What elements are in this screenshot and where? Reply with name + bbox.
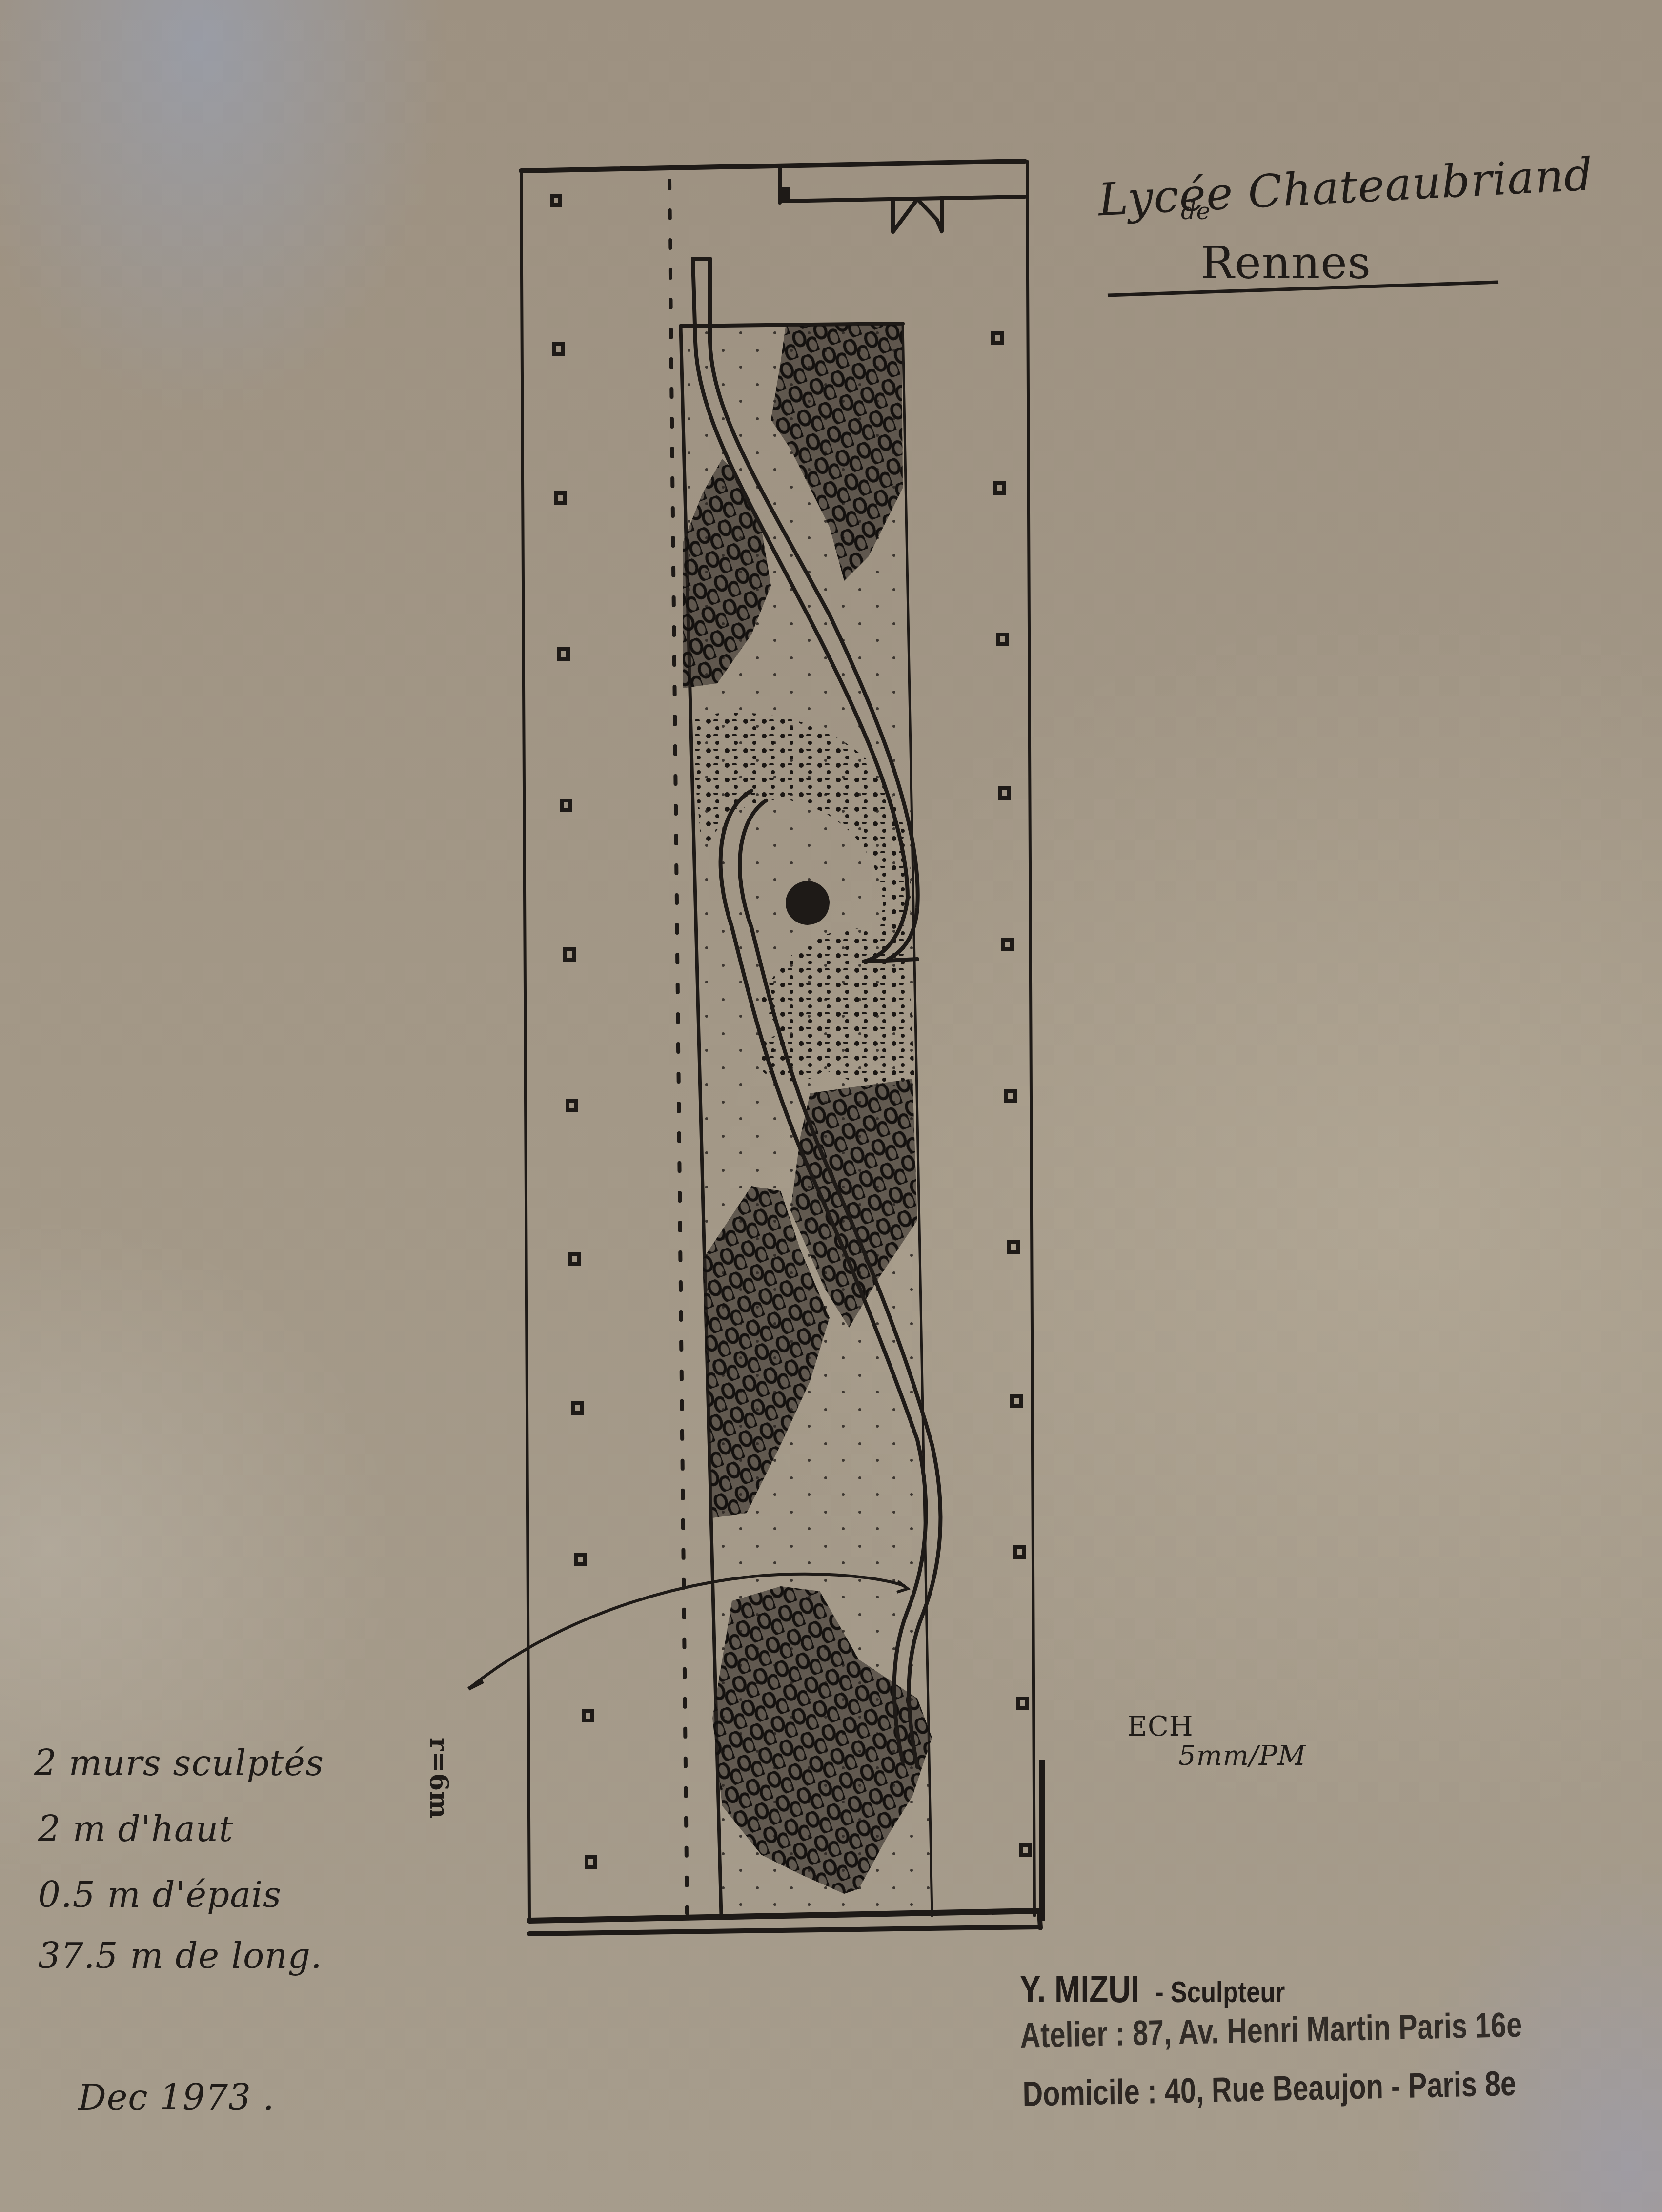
drawing-date: Dec 1973 . xyxy=(78,2077,275,2118)
entrance-detail xyxy=(780,166,1025,232)
spec-line-length: 37.5 m de long. xyxy=(38,1935,323,1976)
title-city: Rennes xyxy=(1200,237,1371,289)
scale-label: ECH xyxy=(1127,1711,1194,1742)
column-markers-left xyxy=(552,196,595,1867)
spec-line-walls: 2 murs sculptés xyxy=(34,1742,324,1783)
spec-line-height: 2 m d'haut xyxy=(38,1808,233,1849)
column-markers-right xyxy=(993,333,1030,1855)
stamp-name: Y. MIZUI xyxy=(1020,1967,1139,2010)
radius-annotation: r=6m xyxy=(424,1738,454,1819)
title-preposition: de xyxy=(1181,198,1211,225)
end-wall-bar xyxy=(1039,1760,1045,1921)
stamp-role: - Sculpteur xyxy=(1155,1975,1285,2009)
spec-line-thickness: 0.5 m d'épais xyxy=(38,1874,282,1915)
scale-value: 5mm/PM xyxy=(1178,1740,1306,1772)
